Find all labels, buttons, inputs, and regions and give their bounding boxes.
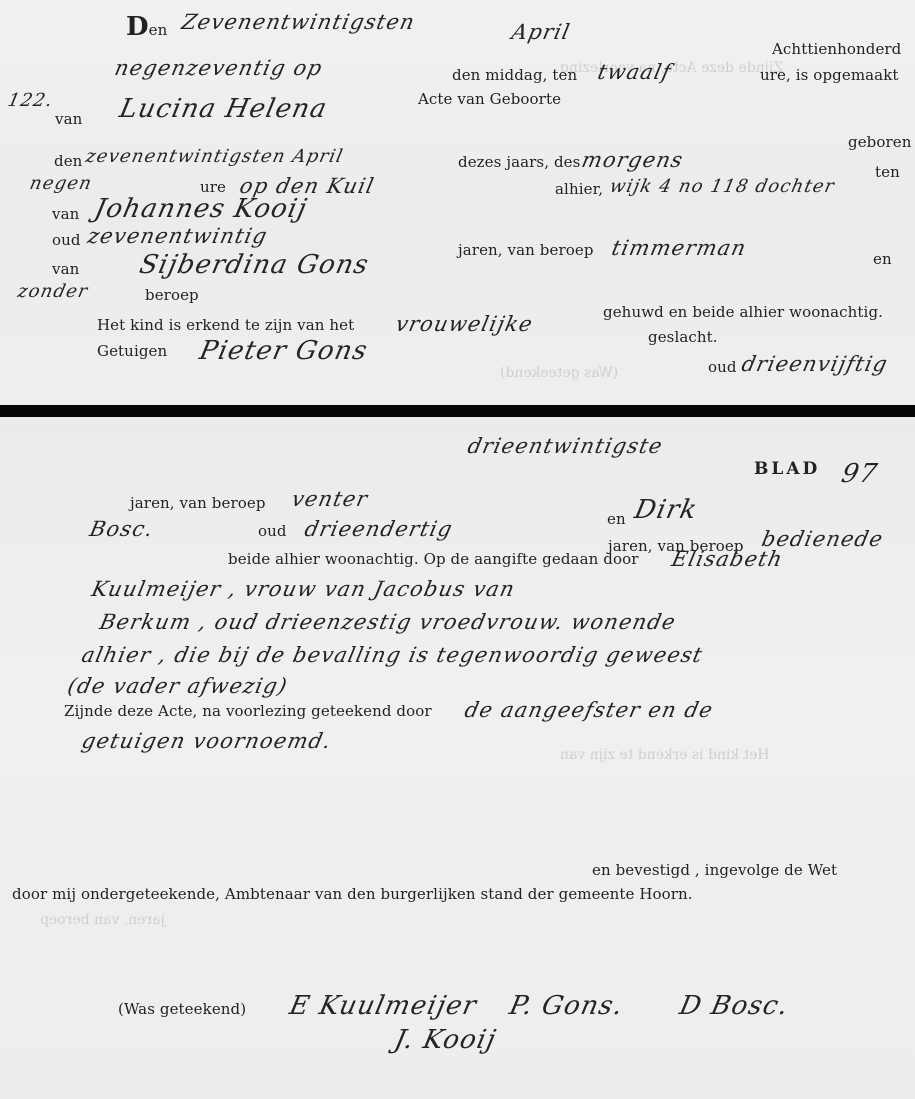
hw-hour: twaalf bbox=[596, 62, 674, 83]
hw-witness1-name: Pieter Gons bbox=[197, 338, 370, 364]
hw-address: wijk 4 no 118 dochter bbox=[608, 178, 836, 196]
printed-oud: oud bbox=[258, 524, 287, 539]
printed-geslacht: geslacht. bbox=[648, 330, 718, 345]
hw-informant-line: Kuulmeijer , vrouw van Jacobus van bbox=[90, 579, 517, 600]
printed-aangifte: beide alhier woonachtig. Op de aangifte … bbox=[228, 552, 638, 567]
hw-witness2-age: drieendertig bbox=[303, 519, 455, 540]
hw-witness1-age: drieenvijftig bbox=[740, 354, 890, 375]
printed-zijnde-deze-acte: Zijnde deze Acte, na voorlezing geteeken… bbox=[64, 704, 432, 719]
printed-geboren: geboren bbox=[848, 135, 912, 150]
bleed-through-text: jaren, van beroep bbox=[40, 912, 165, 928]
printed-en: en bbox=[607, 512, 626, 527]
printed-ambtenaar: door mij ondergeteekende, Ambtenaar van … bbox=[12, 887, 693, 902]
hw-father-occupation: timmerman bbox=[610, 238, 749, 259]
hw-year: negenzeventig op bbox=[113, 58, 325, 79]
dropcap-line: Den bbox=[126, 14, 167, 40]
printed-getuigen: Getuigen bbox=[97, 344, 167, 359]
signature-witness1: P. Gons. bbox=[507, 993, 626, 1019]
hw-witness2-first: Dirk bbox=[632, 497, 700, 523]
hw-child-name: Lucina Helena bbox=[117, 96, 330, 122]
bleed-through-text: (Was geteekend) bbox=[500, 365, 618, 381]
printed-den-middag: den middag, ten bbox=[452, 68, 577, 83]
hw-blad-number: 97 bbox=[839, 461, 880, 487]
hw-birth-hour: negen bbox=[28, 175, 94, 193]
signature-father: J. Kooij bbox=[392, 1027, 498, 1053]
printed-bevestigd: en bevestigd , ingevolge de Wet bbox=[592, 863, 837, 878]
printed-oud: oud bbox=[708, 360, 737, 375]
printed-dezes-jaars: dezes jaars, des bbox=[458, 155, 580, 170]
hw-informant-line: (de vader afwezig) bbox=[66, 676, 290, 697]
printed-ten: ten bbox=[875, 165, 900, 180]
printed-gehuwd: gehuwd en beide alhier woonachtig. bbox=[603, 305, 883, 320]
printed-alhier: alhier, bbox=[555, 182, 603, 197]
hw-act-number: 122. bbox=[6, 92, 55, 110]
printed-ure: ure bbox=[200, 180, 226, 195]
printed-den: en bbox=[149, 21, 168, 39]
hw-witness2-last: Bosc. bbox=[88, 519, 156, 540]
bleed-through-text: Het kind is erkend te zijn van bbox=[560, 747, 770, 763]
printed-jaren-beroep: jaren, van beroep bbox=[130, 496, 266, 511]
printed-van: van bbox=[55, 112, 82, 127]
hw-mother-occupation: zonder bbox=[16, 283, 90, 301]
hw-informant-line: alhier , die bij de bevalling is tegenwo… bbox=[80, 645, 705, 666]
hw-informant-line: Berkum , oud drieenzestig vroedvrouw. wo… bbox=[98, 612, 678, 633]
hw-witness1-occupation: venter bbox=[290, 489, 370, 510]
printed-beroep: beroep bbox=[145, 288, 199, 303]
printed-acte-van-geboorte: Acte van Geboorte bbox=[418, 92, 561, 107]
hw-signed-by-cont: getuigen voornoemd. bbox=[80, 731, 334, 752]
printed-den: den bbox=[54, 154, 82, 169]
hw-folio-ordinal: drieentwintigste bbox=[466, 436, 665, 457]
signature-informant: E Kuulmeijer bbox=[287, 993, 479, 1019]
printed-en: en bbox=[873, 252, 892, 267]
certificate-bottom-panel: Het kind is erkend te zijn van jaren, va… bbox=[0, 417, 915, 1099]
certificate-top-panel: Zijnde deze Acte, na voorlezing (Was get… bbox=[0, 0, 915, 405]
hw-father-name: Johannes Kooij bbox=[92, 196, 310, 222]
hw-sex: vrouwelijke bbox=[394, 314, 535, 335]
hw-informant-first: Elisabeth bbox=[670, 549, 785, 570]
hw-father-age: zevenentwintig bbox=[86, 226, 270, 247]
printed-van: van bbox=[52, 262, 79, 277]
printed-was-geteekend: (Was geteekend) bbox=[118, 1002, 246, 1017]
printed-jaren-beroep: jaren, van beroep bbox=[458, 243, 594, 258]
printed-erkend: Het kind is erkend te zijn van het bbox=[97, 318, 354, 333]
signature-witness2: D Bosc. bbox=[677, 993, 791, 1019]
printed-ure-opgemaakt: ure, is opgemaakt bbox=[760, 68, 899, 83]
printed-oud: oud bbox=[52, 233, 81, 248]
hw-day: Zevenentwintigsten bbox=[180, 12, 417, 33]
hw-month: April bbox=[510, 22, 573, 43]
hw-signed-by: de aangeefster en de bbox=[463, 700, 716, 721]
hw-birth-date: zevenentwintigsten April bbox=[84, 148, 345, 166]
printed-achttienhonderd: Achttienhonderd bbox=[772, 42, 901, 57]
hw-mother-name: Sijberdina Gons bbox=[137, 252, 371, 278]
hw-time-of-day: morgens bbox=[580, 150, 686, 171]
dropcap: D bbox=[126, 12, 149, 42]
printed-blad: BLAD bbox=[754, 461, 820, 478]
printed-van: van bbox=[52, 207, 79, 222]
panel-divider bbox=[0, 405, 915, 417]
